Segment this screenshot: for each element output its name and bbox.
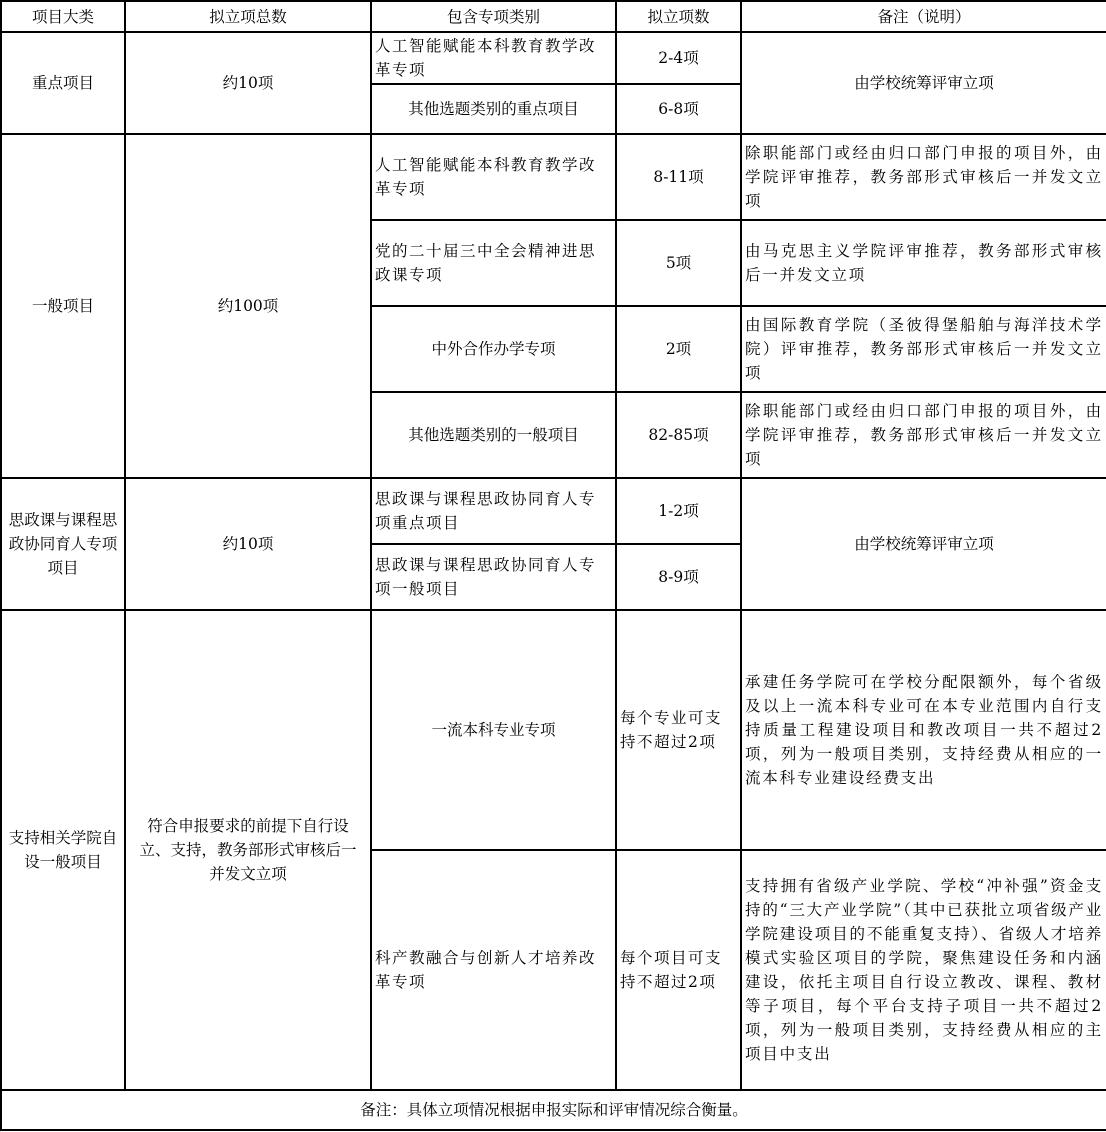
header-count: 拟立项数	[616, 1, 741, 32]
note-cell: 由马克思主义学院评审推荐，教务部形式审核后一并发文立项	[741, 220, 1106, 306]
note-cell: 支持拥有省级产业学院、学校“冲补强”资金支持的“三大产业学院”（其中已获批立项省…	[741, 850, 1106, 1090]
type-cell: 其他选题类别的重点项目	[371, 84, 616, 134]
count-cell: 每个专业可支持不超过2项	[616, 610, 741, 850]
header-row: 项目大类 拟立项总数 包含专项类别 拟立项数 备注（说明）	[1, 1, 1106, 32]
header-category: 项目大类	[1, 1, 125, 32]
total-cell: 符合申报要求的前提下自行设立、支持，教务部形式审核后一并发文立项	[125, 610, 371, 1090]
footer-note: 备注：具体立项情况根据申报实际和评审情况综合衡量。	[1, 1090, 1106, 1130]
category-cell: 支持相关学院自设一般项目	[1, 610, 125, 1090]
type-cell: 思政课与课程思政协同育人专项重点项目	[371, 478, 616, 544]
note-cell: 由学校统筹评审立项	[741, 478, 1106, 610]
note-cell: 承建任务学院可在学校分配限额外，每个省级及以上一流本科专业可在本专业范围内自行支…	[741, 610, 1106, 850]
count-cell: 每个项目可支持不超过2项	[616, 850, 741, 1090]
type-cell: 思政课与课程思政协同育人专项一般项目	[371, 544, 616, 610]
type-cell: 人工智能赋能本科教育教学改革专项	[371, 32, 616, 84]
type-cell: 一流本科专业专项	[371, 610, 616, 850]
count-cell: 6-8项	[616, 84, 741, 134]
type-cell: 其他选题类别的一般项目	[371, 392, 616, 478]
header-total: 拟立项总数	[125, 1, 371, 32]
type-cell: 党的二十届三中全会精神进思政课专项	[371, 220, 616, 306]
header-note: 备注（说明）	[741, 1, 1106, 32]
type-cell: 人工智能赋能本科教育教学改革专项	[371, 134, 616, 220]
category-cell: 重点项目	[1, 32, 125, 134]
total-cell: 约10项	[125, 478, 371, 610]
total-cell: 约10项	[125, 32, 371, 134]
count-cell: 5项	[616, 220, 741, 306]
note-cell: 除职能部门或经由归口部门申报的项目外，由学院评审推荐，教务部形式审核后一并发文立…	[741, 134, 1106, 220]
table-row: 一般项目 约100项 人工智能赋能本科教育教学改革专项 8-11项 除职能部门或…	[1, 134, 1106, 220]
count-cell: 8-11项	[616, 134, 741, 220]
count-cell: 82-85项	[616, 392, 741, 478]
count-cell: 2项	[616, 306, 741, 392]
table-row: 重点项目 约10项 人工智能赋能本科教育教学改革专项 2-4项 由学校统筹评审立…	[1, 32, 1106, 84]
note-cell: 由学校统筹评审立项	[741, 32, 1106, 134]
count-cell: 8-9项	[616, 544, 741, 610]
table-row: 支持相关学院自设一般项目 符合申报要求的前提下自行设立、支持，教务部形式审核后一…	[1, 610, 1106, 850]
category-cell: 思政课与课程思政协同育人专项项目	[1, 478, 125, 610]
category-cell: 一般项目	[1, 134, 125, 478]
note-cell: 由国际教育学院（圣彼得堡船舶与海洋技术学院）评审推荐，教务部形式审核后一并发文立…	[741, 306, 1106, 392]
note-cell: 除职能部门或经由归口部门申报的项目外，由学院评审推荐，教务部形式审核后一并发文立…	[741, 392, 1106, 478]
table-row: 思政课与课程思政协同育人专项项目 约10项 思政课与课程思政协同育人专项重点项目…	[1, 478, 1106, 544]
type-cell: 科产教融合与创新人才培养改革专项	[371, 850, 616, 1090]
total-cell: 约100项	[125, 134, 371, 478]
count-cell: 2-4项	[616, 32, 741, 84]
header-type: 包含专项类别	[371, 1, 616, 32]
type-cell: 中外合作办学专项	[371, 306, 616, 392]
count-cell: 1-2项	[616, 478, 741, 544]
project-allocation-table: 项目大类 拟立项总数 包含专项类别 拟立项数 备注（说明） 重点项目 约10项 …	[0, 0, 1106, 1131]
footer-row: 备注：具体立项情况根据申报实际和评审情况综合衡量。	[1, 1090, 1106, 1130]
